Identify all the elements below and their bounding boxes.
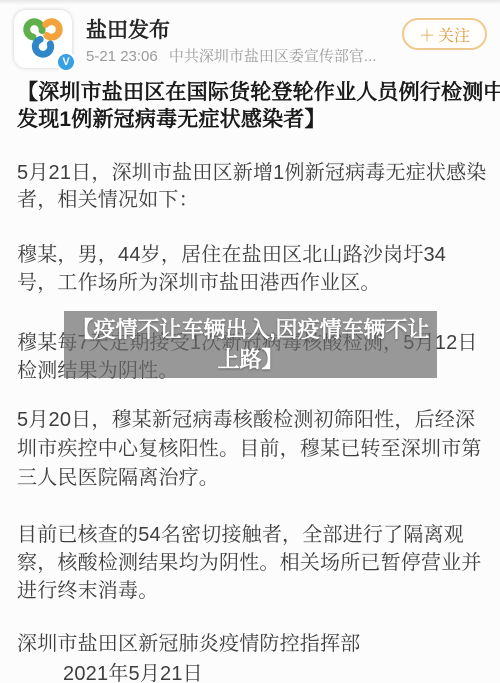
title-line: 发现1例新冠病毒无症状感染者】 [17, 106, 483, 133]
text-line: 者，相关情况如下： [17, 187, 483, 214]
timestamp: 5-21 23:06 [86, 48, 158, 65]
signature-date: 2021年5月21日 [17, 659, 483, 683]
post-screen: V 盐田发布 5-21 23:06 中共深圳市盐田区委宣传部官... ＋ 关注 … [0, 0, 500, 683]
text-line: 穆某，男，44岁，居住在盐田区北山路沙岗圩34 [17, 241, 483, 269]
signature-org: 深圳市盐田区新冠肺炎疫情防控指挥部 [17, 629, 483, 659]
plus-icon: ＋ [419, 23, 435, 46]
paragraph-1: 5月21日，深圳市盐田区新增1例新冠病毒无症状感染 者，相关情况如下： [17, 160, 483, 214]
account-name[interactable]: 盐田发布 [86, 14, 170, 44]
caption-overlay: 【疫情不让车辆出入,因疫情车辆不让 上路】 [64, 311, 437, 378]
post-title: 【深圳市盐田区在国际货轮登轮作业人员例行检测中 发现1例新冠病毒无症状感染者】 [17, 79, 483, 133]
text-line: 察，核酸检测结果均为阴性。相关场所已暂停营业并 [17, 549, 483, 577]
paragraph-2: 穆某，男，44岁，居住在盐田区北山路沙岗圩34 号，工作场所为深圳市盐田港西作业… [17, 241, 483, 297]
avatar[interactable]: V [14, 10, 72, 68]
caption-line: 【疫情不让车辆出入,因疫情车辆不让 [71, 315, 429, 345]
source-label: 中共深圳市盐田区委宣传部官... [169, 48, 377, 65]
text-line: 圳市疾控中心复核阳性。目前，穆某已转至深圳市第 [17, 435, 483, 464]
text-line: 5月21日，深圳市盐田区新增1例新冠病毒无症状感染 [17, 160, 483, 187]
follow-button[interactable]: ＋ 关注 [402, 18, 487, 50]
text-line: 三人民医院隔离治疗。 [17, 464, 483, 493]
post-meta: 5-21 23:06 中共深圳市盐田区委宣传部官... [86, 45, 396, 66]
follow-button-label: 关注 [438, 23, 470, 46]
text-line: 号，工作场所为深圳市盐田港西作业区。 [17, 269, 483, 297]
verified-badge-icon: V [56, 52, 76, 72]
text-line: 目前已核查的54名密切接触者，全部进行了隔离观 [17, 521, 483, 549]
signature-block: 深圳市盐田区新冠肺炎疫情防控指挥部 2021年5月21日 [17, 629, 483, 683]
text-line: 5月20日，穆某新冠病毒核酸检测初筛阳性，后经深 [17, 406, 483, 435]
top-edge-shade [0, 0, 500, 5]
text-line: 进行终末消毒。 [17, 577, 483, 605]
caption-line: 上路】 [217, 345, 283, 375]
paragraph-5: 目前已核查的54名密切接触者，全部进行了隔离观 察，核酸检测结果均为阴性。相关场… [17, 521, 483, 605]
title-line: 【深圳市盐田区在国际货轮登轮作业人员例行检测中 [17, 79, 483, 106]
paragraph-4: 5月20日，穆某新冠病毒核酸检测初筛阳性，后经深 圳市疾控中心复核阳性。目前，穆… [17, 406, 483, 493]
